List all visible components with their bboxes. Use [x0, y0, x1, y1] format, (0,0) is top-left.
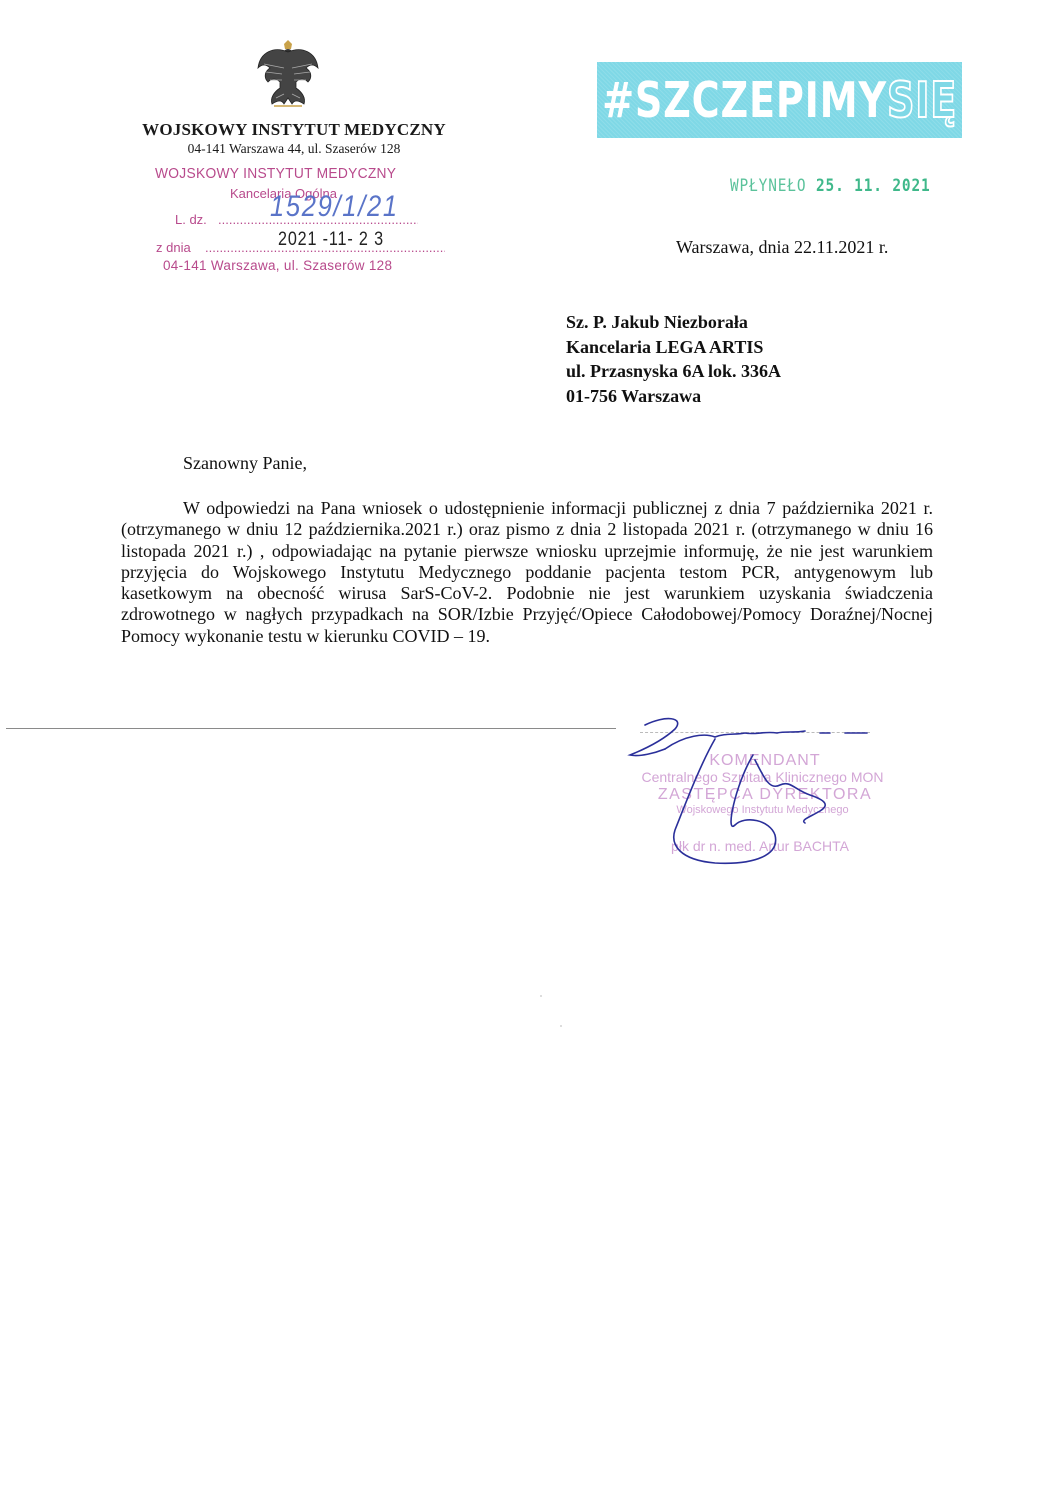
banner-outline-text: SIĘ — [887, 72, 957, 129]
polish-eagle-emblem-icon — [254, 38, 322, 112]
recipient-city: 01-756 Warszawa — [566, 384, 781, 409]
place-and-date: Warszawa, dnia 22.11.2021 r. — [676, 237, 888, 258]
signature-stamp-line-2: ZASTĘPCA DYREKTORA — [640, 786, 890, 804]
institution-name: WOJSKOWY INSTYTUT MEDYCZNY — [120, 120, 468, 140]
banner-hashtag-text: #SZCZEPIMYSIĘ — [602, 72, 957, 129]
recipient-address-block: Sz. P. Jakub Niezborała Kancelaria LEGA … — [566, 310, 781, 408]
signatory-name: płk dr n. med. Artur BACHTA — [625, 838, 895, 854]
received-stamp: WPŁYNEŁO 25. 11. 2021 — [730, 176, 931, 196]
scan-artifact — [560, 1025, 562, 1027]
vaccination-campaign-banner: #SZCZEPIMYSIĘ — [597, 62, 962, 138]
signature-stamp-line-3: Wojskowego Instytutu Medycznego — [630, 804, 895, 816]
letter-body-paragraph: W odpowiedzi na Pana wniosek o udostępni… — [121, 498, 933, 647]
recipient-street: ul. Przasnyska 6A lok. 336A — [566, 359, 781, 384]
recipient-firm: Kancelaria LEGA ARTIS — [566, 335, 781, 360]
registry-stamp-ldz-label: L. dz. — [175, 212, 207, 227]
registry-stamp-date-label: z dnia — [156, 240, 191, 255]
scan-divider-line-faint — [640, 732, 870, 733]
received-stamp-label: WPŁYNEŁO — [730, 176, 806, 196]
recipient-name: Sz. P. Jakub Niezborała — [566, 310, 781, 335]
registry-stamp-date-value: 2021 -11- 2 3 — [278, 229, 384, 251]
scan-artifact — [540, 995, 542, 997]
letter-salutation: Szanowny Panie, — [183, 453, 307, 474]
scan-divider-line — [6, 728, 616, 729]
registry-number-handwritten: 1529/1/21 — [270, 190, 399, 224]
received-stamp-date: 25. 11. 2021 — [816, 176, 931, 196]
registry-stamp-title: WOJSKOWY INSTYTUT MEDYCZNY — [155, 165, 396, 182]
signature-stamp-line-1: Centralnego Szpitala Klinicznego MON — [625, 769, 900, 785]
signature-stamp-title: KOMENDANT — [640, 752, 890, 770]
institution-address: 04-141 Warszawa 44, ul. Szaserów 128 — [120, 141, 468, 157]
registry-stamp-address: 04-141 Warszawa, ul. Szaserów 128 — [163, 258, 392, 273]
